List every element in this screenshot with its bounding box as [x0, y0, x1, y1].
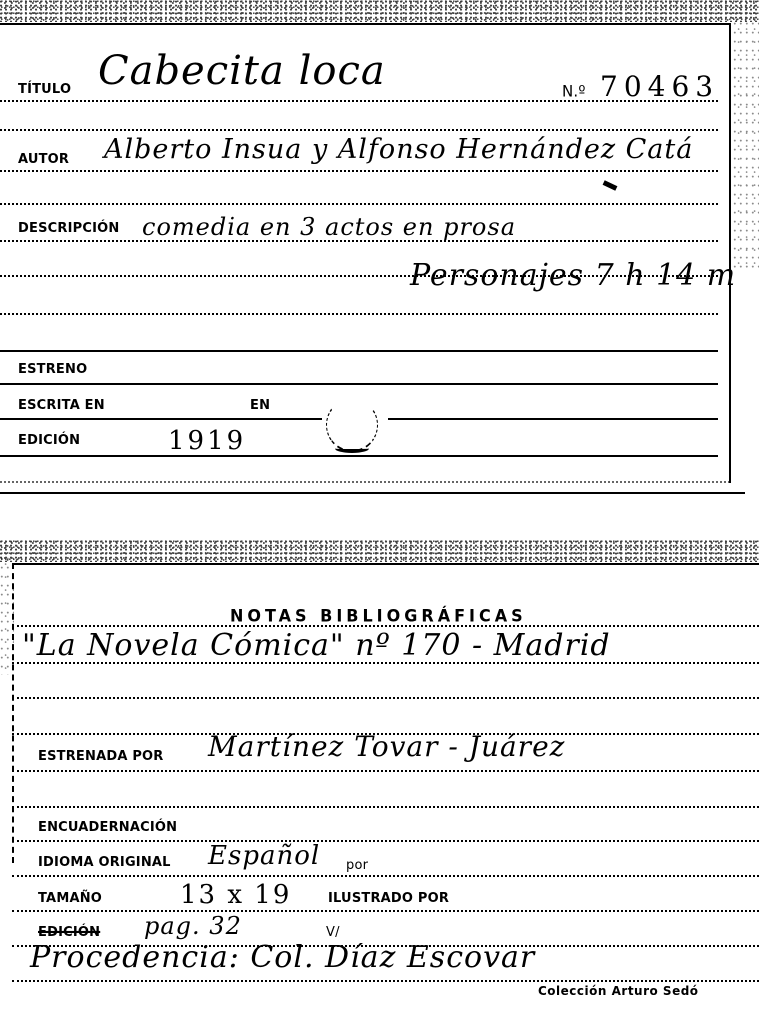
- rule-line: [12, 806, 759, 808]
- titulo-label: TÍTULO: [18, 82, 71, 98]
- escrita-en-line-right: [388, 418, 718, 420]
- idioma-por-label: por: [346, 858, 368, 874]
- escrita-en-label: ESCRITA EN: [18, 398, 105, 414]
- edicion-struck-label: EDICIÓN: [38, 925, 100, 941]
- scan-noise-right: [733, 20, 759, 270]
- scan-noise-top: [0, 540, 759, 562]
- notas-value: "La Novela Cómica" nº 170 - Madrid: [22, 628, 611, 663]
- catalog-card-back: NOTAS BIBLIOGRÁFICAS "La Novela Cómica" …: [0, 540, 759, 1028]
- idioma-original-value: Español: [208, 841, 320, 871]
- edicion-label: EDICIÓN: [18, 433, 80, 449]
- numero-label: N.º: [562, 82, 586, 101]
- edicion-struck-value: pag. 32: [144, 912, 242, 940]
- card-left-border: [12, 563, 14, 863]
- scan-noise-top: [0, 0, 759, 22]
- tamano-value: 13 x 19: [180, 880, 291, 910]
- autor-label: AUTOR: [18, 152, 69, 168]
- ilustrado-por-label: ILUSTRADO POR: [328, 891, 449, 907]
- collection-credit: Colección Arturo Sedó: [538, 984, 699, 999]
- notas-heading: NOTAS BIBLIOGRÁFICAS: [230, 606, 527, 626]
- estrenada-por-line: [12, 770, 759, 772]
- procedencia-value: Procedencia: Col. Díaz Escovar: [30, 940, 535, 975]
- autor-line: [0, 170, 718, 172]
- autor-value: Alberto Insua y Alfonso Hernández Catá: [104, 134, 693, 165]
- numero-value: 70463: [600, 70, 719, 103]
- estrenada-por-value: Martínez Tovar - Juárez: [208, 730, 565, 763]
- titulo-value: Cabecita loca: [98, 48, 386, 94]
- encuadernacion-label: ENCUADERNACIÓN: [38, 820, 177, 836]
- ink-blot: [603, 180, 618, 190]
- estreno-line: [0, 383, 718, 385]
- card-right-border: [729, 23, 731, 483]
- rule-line: [0, 313, 718, 315]
- rule-line: [0, 350, 718, 352]
- rule-line: [12, 625, 759, 627]
- edicion-extra-label: V/: [326, 925, 340, 941]
- card-bottom-edge: [0, 492, 745, 494]
- rule-line: [12, 697, 759, 699]
- notas-line: [12, 662, 759, 664]
- encuadernacion-line: [12, 840, 759, 842]
- tamano-line: [12, 910, 759, 912]
- card-top-border: [0, 23, 731, 25]
- idioma-original-label: IDIOMA ORIGINAL: [38, 855, 171, 871]
- escrita-en-lugar-label: EN: [250, 398, 270, 414]
- edicion-value: 1919: [168, 426, 246, 456]
- rule-line: [0, 129, 718, 131]
- personajes-value: Personajes 7 h 14 m: [410, 258, 736, 293]
- descripcion-label: DESCRIPCIÓN: [18, 221, 119, 237]
- procedencia-line: [12, 980, 759, 982]
- stamp-mark: [326, 398, 378, 452]
- estreno-label: ESTRENO: [18, 362, 87, 378]
- descripcion-line: [0, 240, 718, 242]
- rule-line: [0, 481, 730, 483]
- descripcion-value: comedia en 3 actos en prosa: [142, 213, 516, 241]
- escrita-en-line: [0, 418, 322, 420]
- idioma-original-line: [12, 875, 759, 877]
- rule-line: [0, 203, 718, 205]
- tamano-label: TAMAÑO: [38, 891, 102, 907]
- card-top-border: [12, 563, 759, 565]
- estrenada-por-label: ESTRENADA POR: [38, 749, 164, 765]
- catalog-card-front: TÍTULO Cabecita loca N.º 70463 AUTOR Alb…: [0, 0, 759, 492]
- edicion-line: [0, 455, 718, 457]
- titulo-line: [0, 100, 718, 102]
